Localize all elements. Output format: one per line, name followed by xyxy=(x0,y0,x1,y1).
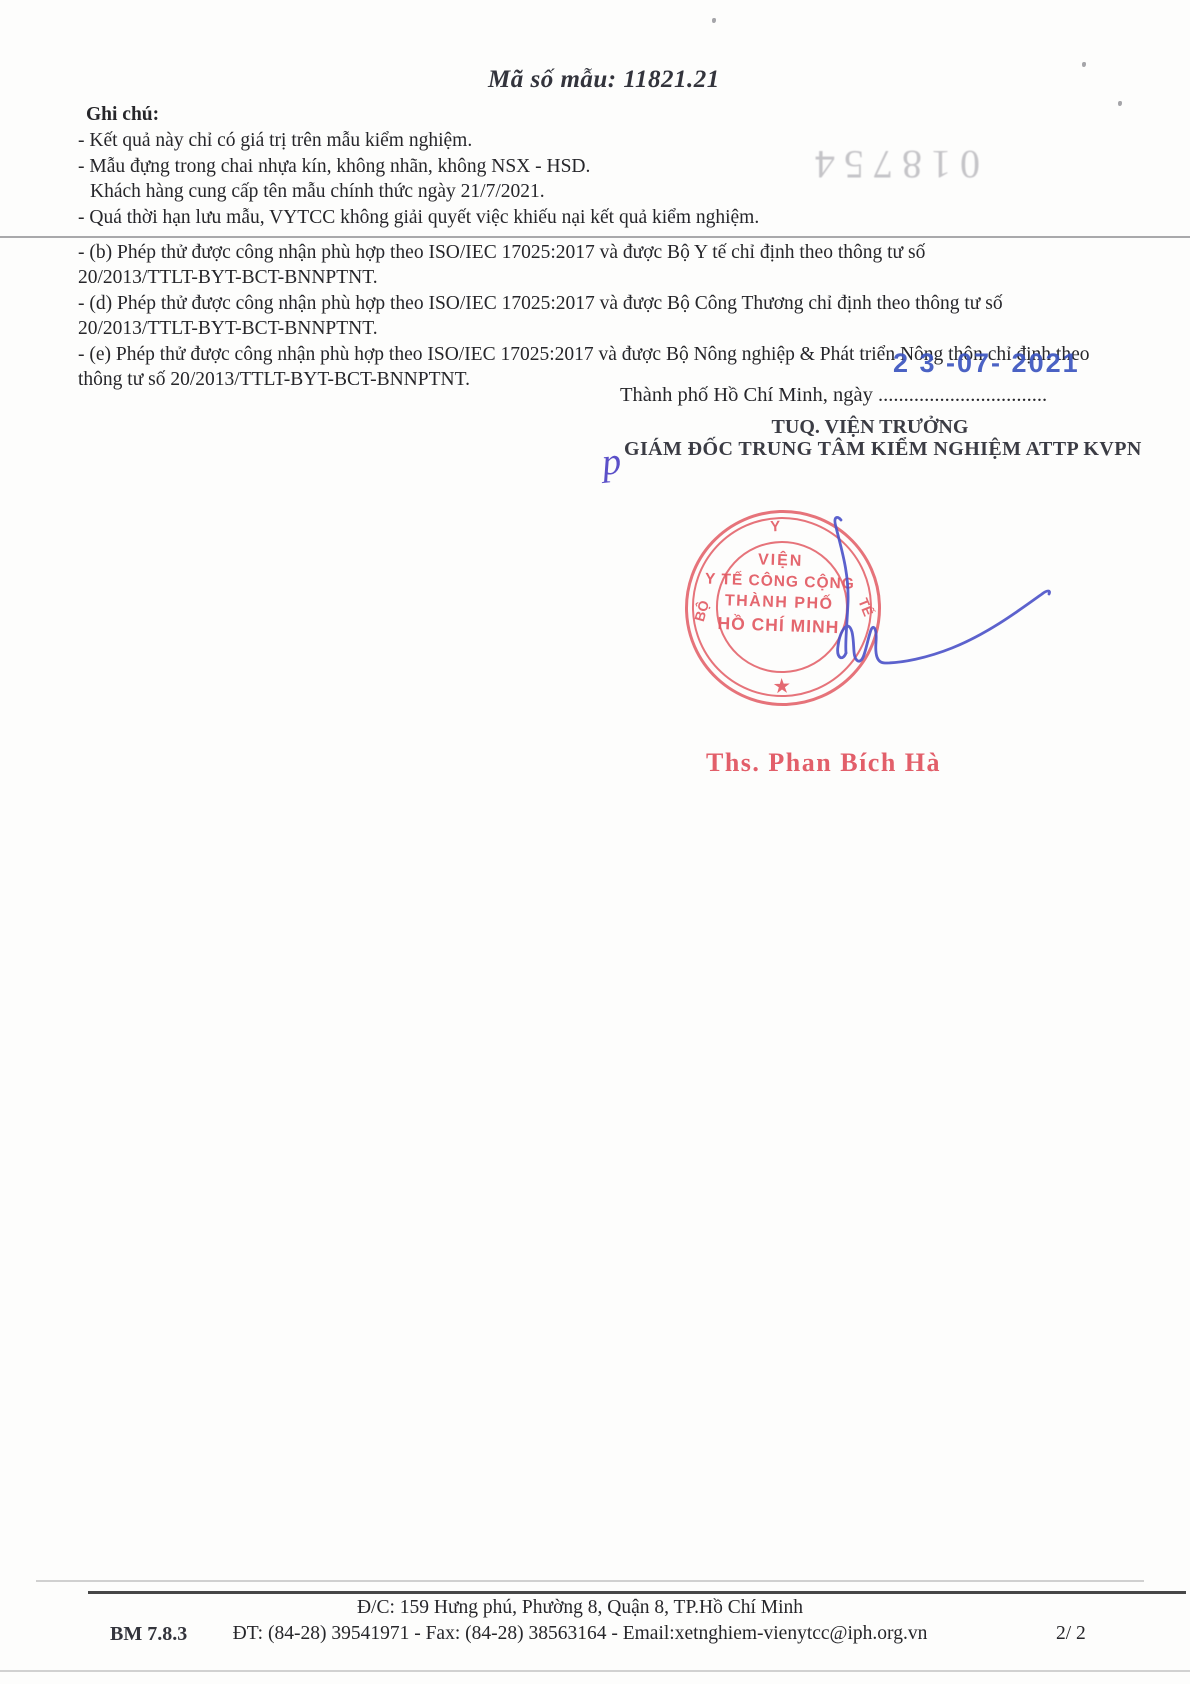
footer-address: Đ/C: 159 Hưng phú, Phường 8, Quận 8, TP.… xyxy=(200,1597,960,1619)
sample-code-title: Mã số mẫu: 11821.21 xyxy=(488,66,720,94)
scan-speck xyxy=(712,18,716,23)
note-line: - (b) Phép thử được công nhận phù hợp th… xyxy=(78,240,1163,265)
handwritten-paraph: p xyxy=(600,439,623,485)
footer-page-number: 2/ 2 xyxy=(1056,1623,1086,1645)
scan-edge-line xyxy=(0,1670,1190,1672)
footer-form-code: BM 7.8.3 xyxy=(110,1623,187,1646)
notes-heading: Ghi chú: xyxy=(78,102,1158,128)
note-line: - Quá thời hạn lưu mẫu, VYTCC không giải… xyxy=(78,205,1158,231)
note-line: - Kết quả này chỉ có giá trị trên mẫu ki… xyxy=(78,128,1158,154)
note-line: Khách hàng cung cấp tên mẫu chính thức n… xyxy=(78,179,1158,205)
note-line: - (d) Phép thử được công nhận phù hợp th… xyxy=(78,291,1163,316)
place-and-date-line: Thành phố Hồ Chí Minh, ngày ............… xyxy=(620,384,1047,407)
scan-speck xyxy=(1082,62,1086,67)
signer-title-line2: GIÁM ĐỐC TRUNG TÂM KIỂM NGHIỆM ATTP KVPN xyxy=(624,438,1142,461)
handwritten-signature xyxy=(760,495,1080,695)
footer-rule-dark xyxy=(88,1591,1186,1594)
footer-contact-line: ĐT: (84-28) 39541971 - Fax: (84-28) 3856… xyxy=(200,1623,960,1645)
date-received-stamp: 2 3 -07- 2021 xyxy=(893,348,1080,379)
notes-section: Ghi chú: - Kết quả này chỉ có giá trị tr… xyxy=(78,102,1158,231)
note-line: - Mẫu đựng trong chai nhựa kín, không nh… xyxy=(78,154,1158,180)
note-line: 20/2013/TTLT-BYT-BCT-BNNPTNT. xyxy=(78,316,1163,341)
scanned-document-page: { "header": { "sample_code": "Mã số mẫu:… xyxy=(0,0,1190,1684)
signer-name-stamp: Ths. Phan Bích Hà xyxy=(706,748,941,778)
horizontal-divider xyxy=(0,236,1190,238)
footer-rule-light xyxy=(36,1580,1144,1582)
note-line: 20/2013/TTLT-BYT-BCT-BNNPTNT. xyxy=(78,265,1163,290)
signer-title-line1: TUQ. VIỆN TRƯỞNG xyxy=(700,416,1040,439)
